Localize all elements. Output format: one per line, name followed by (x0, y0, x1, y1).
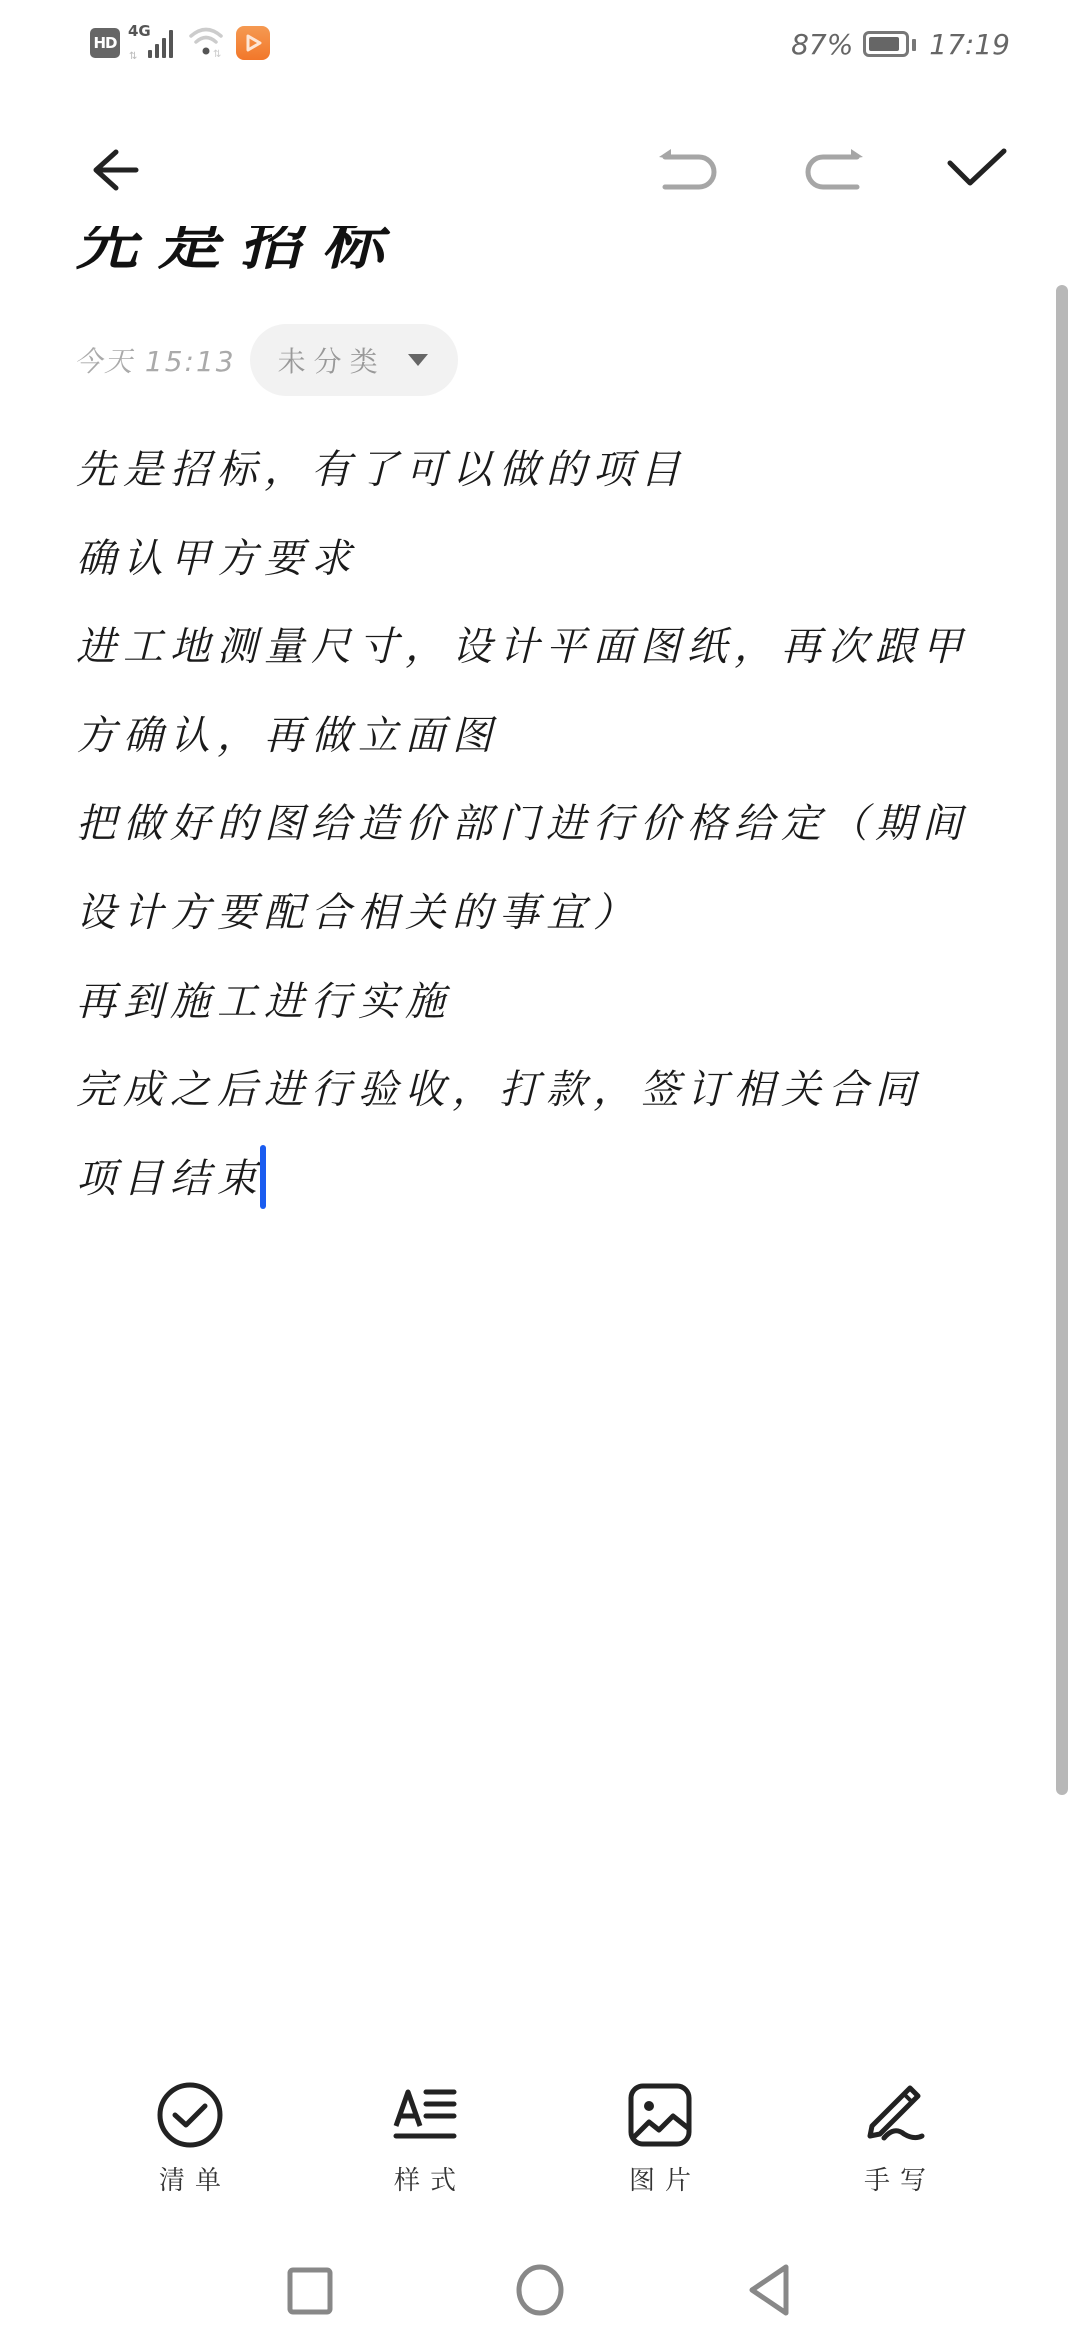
note-line: 把做好的图给造价部门进行价格给定（期间 (76, 780, 1006, 869)
home-button[interactable] (500, 2250, 580, 2330)
back-button[interactable] (60, 120, 160, 220)
category-label: 未分类 (278, 340, 386, 380)
note-line: 先是招标，有了可以做的项目 (76, 426, 1006, 515)
note-meta: 今天 15:13 未分类 (74, 322, 458, 398)
checklist-button[interactable]: 清单 (110, 2080, 270, 2197)
top-app-bar (0, 120, 1080, 220)
dropdown-triangle-icon (408, 354, 428, 366)
back-nav-button[interactable] (730, 2250, 810, 2330)
home-circle-icon (512, 2262, 568, 2318)
battery-percent: 87% (791, 28, 853, 61)
battery-icon (863, 31, 909, 57)
back-triangle-icon (742, 2262, 798, 2318)
status-icons-left: HD 4G ⇅ ⇅ (90, 26, 270, 60)
system-navigation-bar (0, 2250, 1080, 2340)
done-button[interactable] (928, 120, 1028, 220)
image-icon (625, 2080, 695, 2150)
bottom-toolbar: 清单 样式 图片 手写 (0, 2080, 1080, 2210)
category-dropdown[interactable]: 未分类 (250, 324, 458, 396)
note-title[interactable]: 先是招标 (76, 226, 404, 281)
status-icons-right: 87% 17:19 (791, 24, 1010, 64)
hd-icon: HD (90, 28, 120, 58)
title-viewport: 先是招标 (0, 226, 1040, 296)
note-line: 进工地测量尺寸，设计平面图纸，再次跟甲 (76, 603, 1006, 692)
checkmark-icon (946, 145, 1010, 195)
recents-square-icon (285, 2265, 335, 2315)
note-line: 方确认，再做立面图 (76, 692, 1006, 781)
text-cursor (260, 1145, 266, 1209)
recents-button[interactable] (270, 2250, 350, 2330)
clock: 17:19 (929, 28, 1010, 61)
note-timestamp: 今天 15:13 (74, 340, 236, 380)
4g-signal-icon: 4G ⇅ (128, 26, 180, 60)
redo-icon (799, 145, 865, 195)
note-line: 设计方要配合相关的事宜） (76, 869, 1006, 958)
style-button[interactable]: 样式 (345, 2080, 505, 2197)
wifi-icon: ⇅ (188, 24, 228, 62)
note-line-last: 项目结束 (76, 1135, 1006, 1224)
back-arrow-icon (80, 140, 140, 200)
status-bar: HD 4G ⇅ ⇅ 87% 17:19 (0, 0, 1080, 90)
svg-text:⇅: ⇅ (129, 51, 137, 60)
image-button[interactable]: 图片 (580, 2080, 740, 2197)
text-style-icon (390, 2080, 460, 2150)
video-app-icon (236, 26, 270, 60)
handwriting-icon (860, 2080, 930, 2150)
scrollbar[interactable] (1056, 285, 1068, 1795)
svg-text:⇅: ⇅ (213, 49, 221, 58)
note-editor[interactable]: 先是招标，有了可以做的项目 确认甲方要求 进工地测量尺寸，设计平面图纸，再次跟甲… (76, 426, 1006, 1223)
undo-icon (657, 145, 723, 195)
handwriting-button[interactable]: 手写 (815, 2080, 975, 2197)
note-line: 完成之后进行验收，打款，签订相关合同 (76, 1046, 1006, 1135)
undo-button[interactable] (640, 120, 740, 220)
note-line: 确认甲方要求 (76, 515, 1006, 604)
checklist-icon (155, 2080, 225, 2150)
note-line-text: 项目结束 (76, 1156, 264, 1202)
note-line: 再到施工进行实施 (76, 958, 1006, 1047)
redo-button[interactable] (782, 120, 882, 220)
